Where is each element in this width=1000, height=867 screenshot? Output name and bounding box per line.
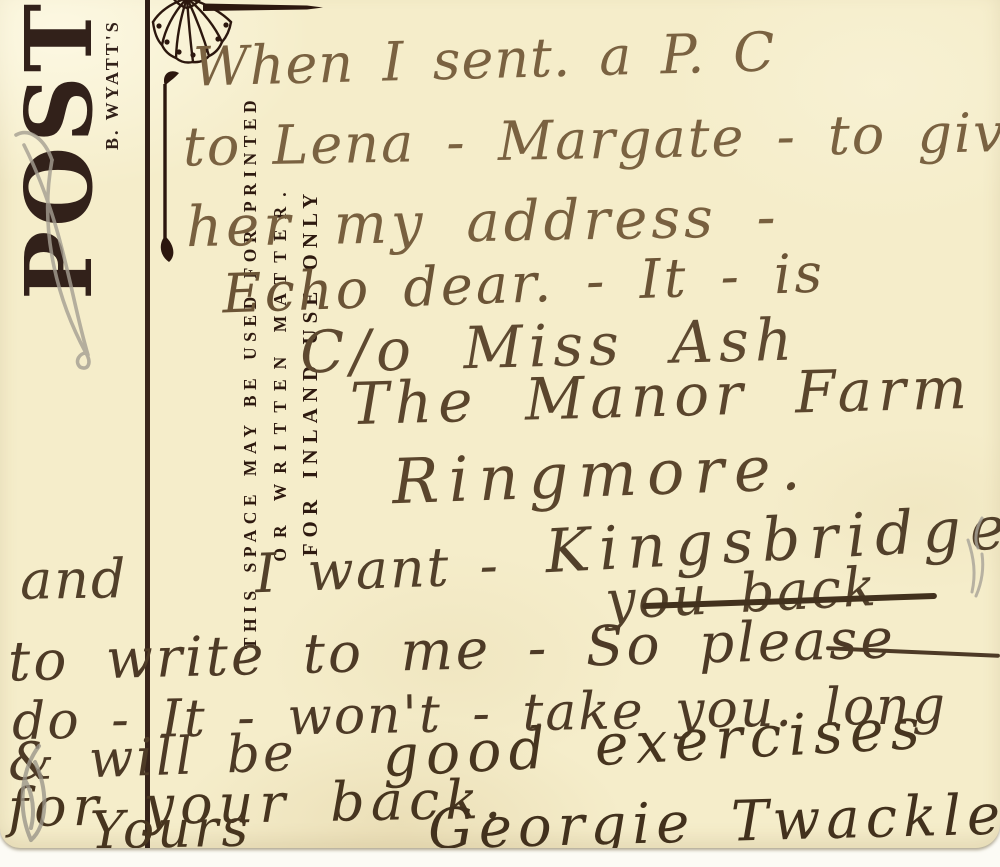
corner-flourish-rule (152, 66, 186, 264)
handwritten-line: When I sent. a P. C (192, 20, 776, 98)
postcard-card: POST C B. WYATT'S (0, 0, 1000, 848)
header-rule (203, 3, 325, 12)
handwritten-word: I want - (254, 534, 501, 606)
handwritten-closing: Yours (89, 799, 251, 848)
scanned-postcard: POST C B. WYATT'S (0, 0, 1000, 867)
handwritten-word: and (19, 547, 128, 612)
pencil-flourish-mark (0, 105, 105, 405)
pencil-loop-mark (5, 740, 67, 848)
handwritten-signature: Georgie Twackle (427, 782, 1000, 848)
pencil-scribble-mark (952, 512, 998, 608)
handwritten-line-address: Ringmore. (391, 431, 812, 519)
publisher-imprint: B. WYATT'S (102, 19, 123, 150)
